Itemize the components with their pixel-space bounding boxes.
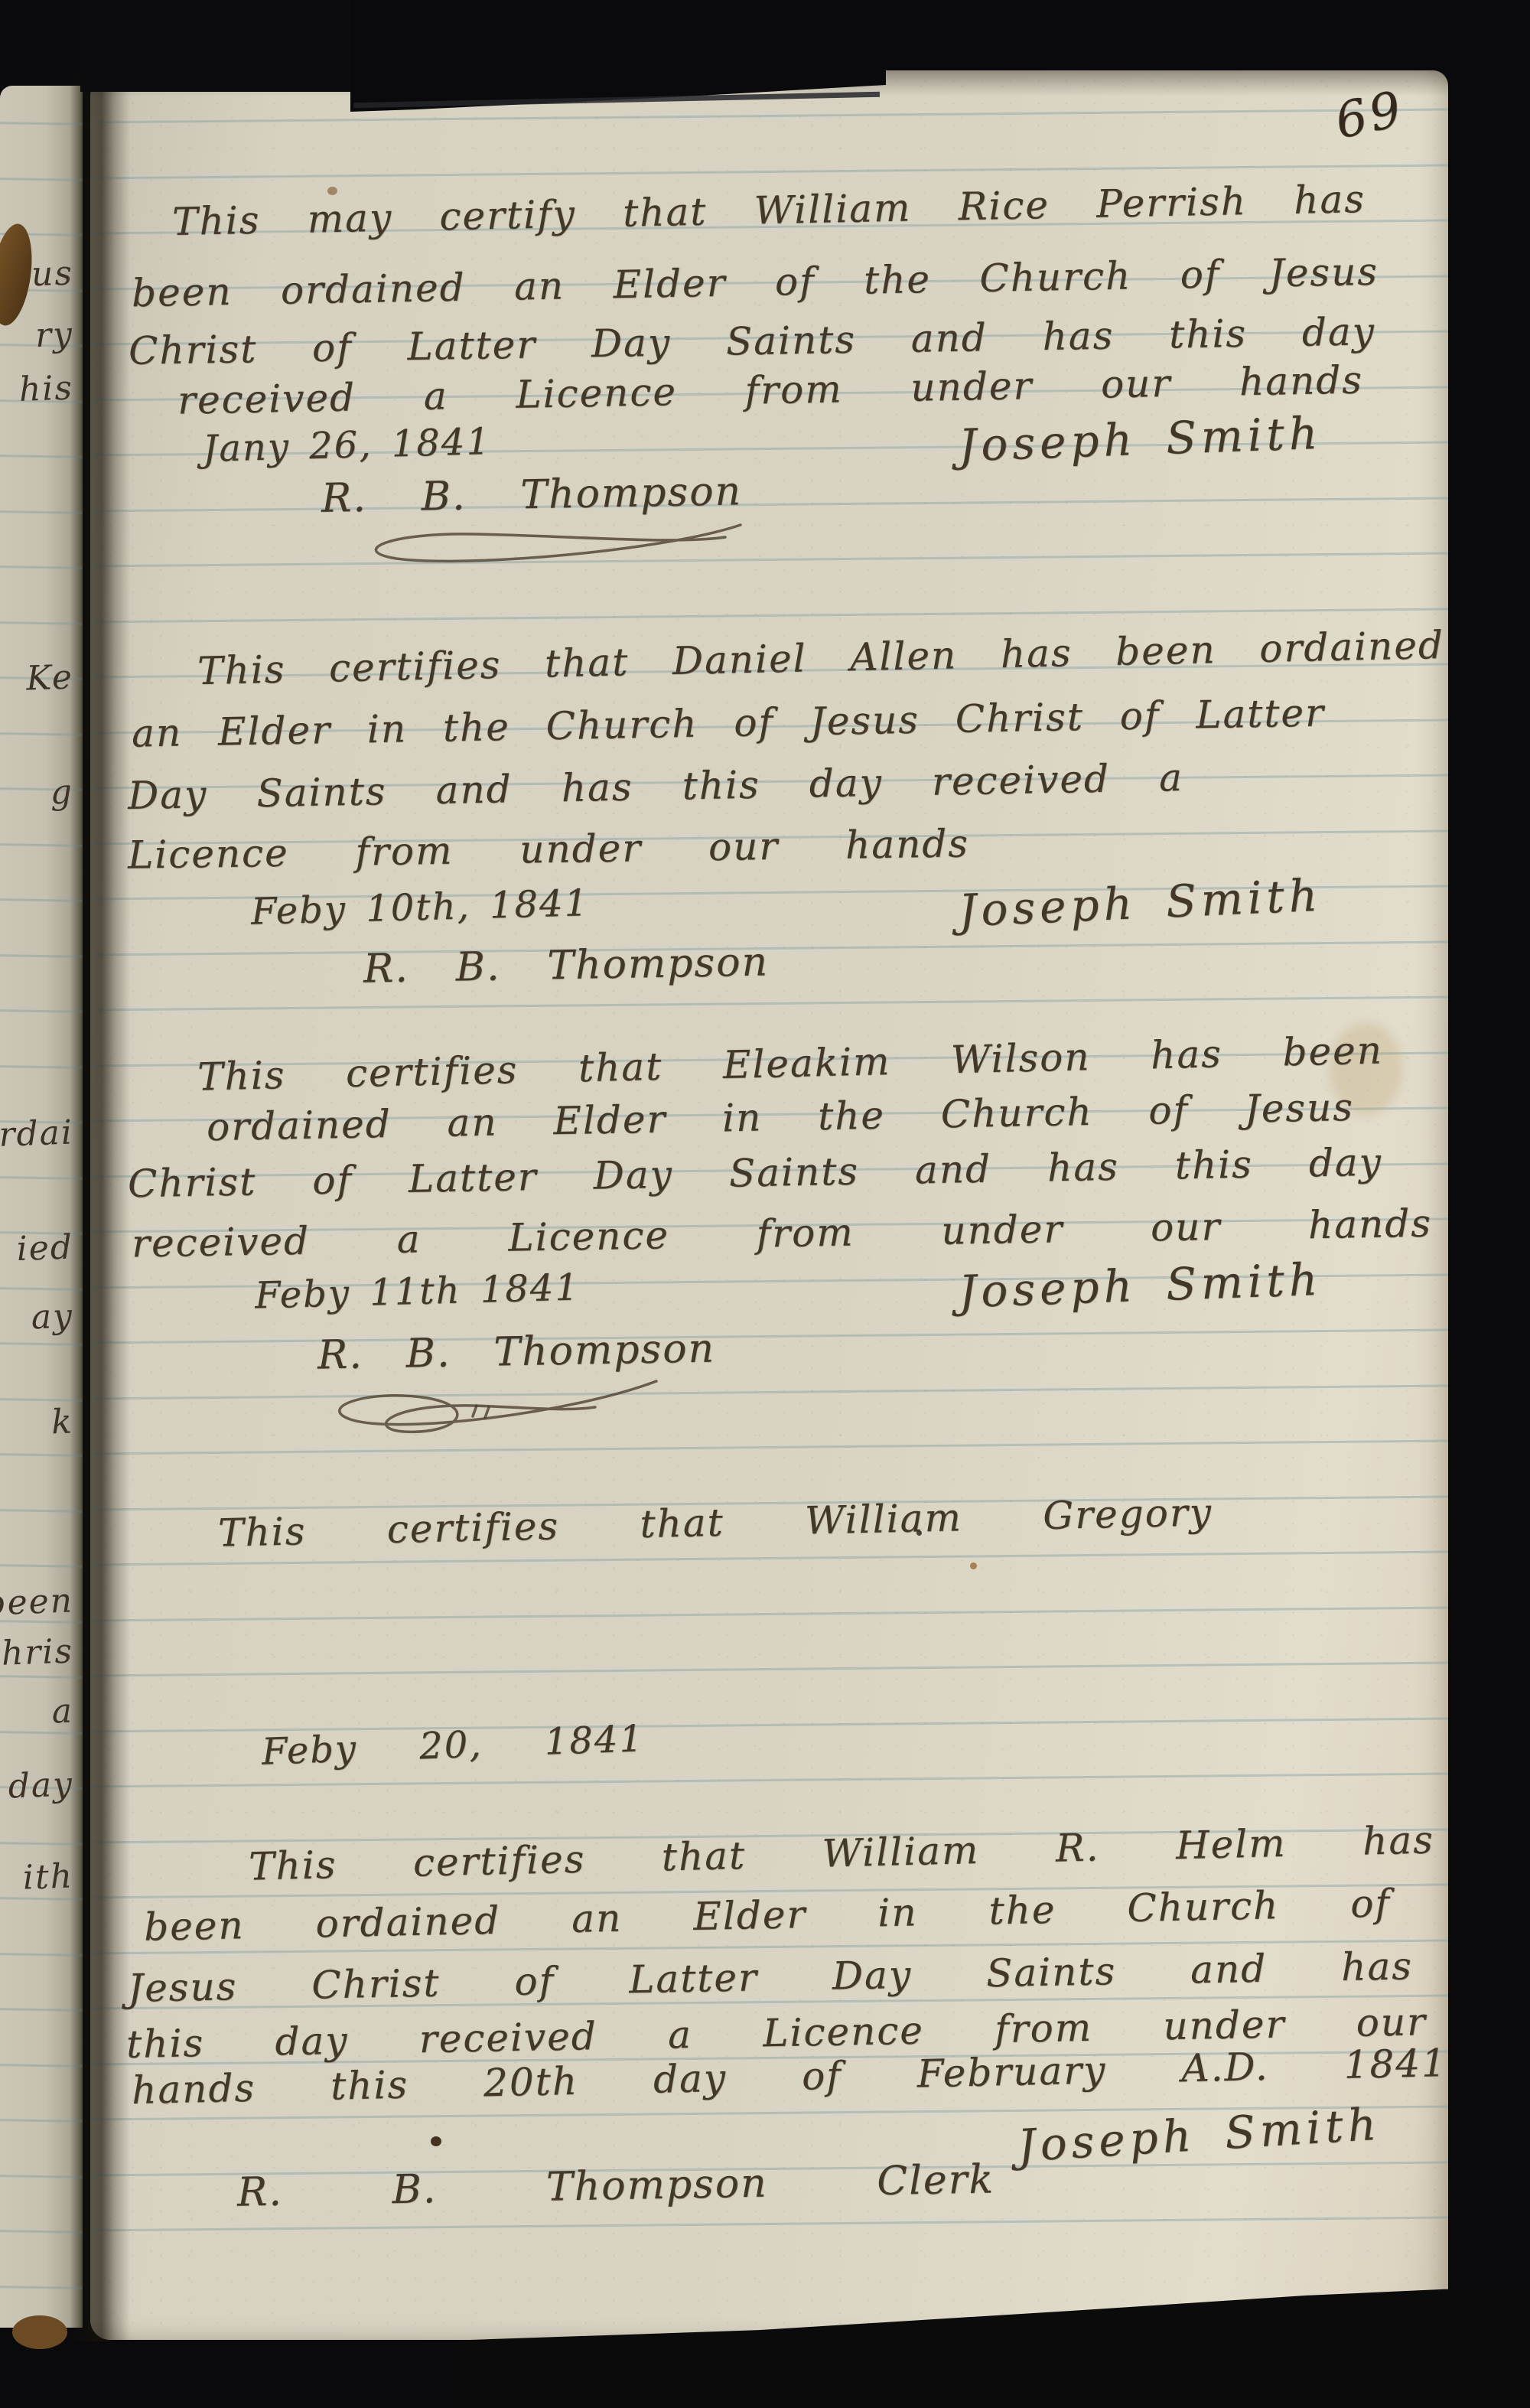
ruled-line bbox=[90, 552, 1448, 567]
margin-fragment: been bbox=[0, 1582, 74, 1626]
entry-1-line: This may certify that William Rice Perri… bbox=[172, 178, 1366, 243]
entry-5-clerk-signature: R. B. Thompson Clerk bbox=[237, 2157, 995, 2215]
signature-flourish bbox=[297, 1367, 672, 1448]
ruled-line bbox=[90, 108, 1448, 123]
entry-1-clerk-signature: R. B. Thompson bbox=[321, 469, 743, 521]
black-cloth-left bbox=[80, 0, 363, 92]
ruled-line bbox=[0, 842, 83, 846]
ink-stain bbox=[327, 187, 337, 195]
standalone-date: Feby 20, 1841 bbox=[261, 1719, 645, 1773]
ruled-line bbox=[0, 1286, 83, 1290]
entry-2-line: Licence from under our hands bbox=[128, 822, 970, 876]
margin-fragment: rdai bbox=[0, 1113, 74, 1158]
entry-2-line: Day Saints and has this day received a bbox=[128, 756, 1184, 817]
entry-5-line: This certifies that William R. Helm has bbox=[249, 1818, 1435, 1888]
ruled-line bbox=[0, 732, 83, 735]
ruled-line bbox=[0, 1564, 83, 1568]
ruled-line bbox=[0, 177, 83, 181]
entry-3-date: Feby 11th 1841 bbox=[254, 1267, 580, 1317]
ruled-line bbox=[90, 1384, 1448, 1400]
margin-fragment: ith bbox=[0, 1857, 74, 1901]
entry-2-signature-joseph-smith: Joseph Smith bbox=[958, 871, 1323, 937]
page-number: 69 bbox=[1331, 82, 1409, 150]
ruled-line bbox=[0, 510, 83, 513]
ruled-line bbox=[90, 608, 1448, 623]
ruled-line bbox=[90, 2216, 1448, 2231]
margin-fragment: k bbox=[0, 1403, 74, 1447]
margin-fragment: ied bbox=[0, 1228, 74, 1272]
ruled-line bbox=[0, 953, 83, 957]
ruled-line bbox=[0, 1453, 83, 1457]
margin-fragment: ay bbox=[0, 1297, 74, 1341]
ruled-line bbox=[90, 1772, 1448, 1787]
entry-2-line: This certifies that Daniel Allen has bee… bbox=[197, 624, 1445, 692]
record-book-page: 69 This may certify that William Rice Pe… bbox=[90, 70, 1448, 2340]
ruled-line bbox=[0, 1841, 83, 1845]
entry-1-signature-joseph-smith: Joseph Smith bbox=[958, 409, 1323, 471]
entry-5-line: Jesus Christ of Latter Day Saints and ha… bbox=[128, 1944, 1414, 2009]
entry-2-date: Feby 10th, 1841 bbox=[250, 883, 589, 933]
entry-2-line: an Elder in the Church of Jesus Christ o… bbox=[132, 691, 1326, 754]
margin-fragment: his bbox=[0, 369, 74, 413]
ruled-line bbox=[0, 1009, 83, 1013]
ruled-line bbox=[0, 2063, 83, 2067]
ruled-line bbox=[0, 2174, 83, 2178]
ruled-line bbox=[0, 1064, 83, 1068]
ink-stain bbox=[970, 1562, 977, 1569]
binding-edge bbox=[12, 2315, 67, 2349]
margin-fragment: a bbox=[0, 1692, 74, 1736]
ruled-line bbox=[90, 940, 1448, 956]
signature-flourish bbox=[343, 514, 756, 575]
ruled-line bbox=[0, 455, 83, 458]
margin-fragment: th day bbox=[0, 1765, 74, 1810]
ruled-line bbox=[90, 1606, 1448, 1621]
ruled-line bbox=[0, 2285, 83, 2289]
ruled-line bbox=[0, 1952, 83, 1956]
margin-fragment: Chris bbox=[0, 1632, 74, 1676]
entry-3-signature-joseph-smith: Joseph Smith bbox=[958, 1255, 1323, 1317]
entry-2-clerk-signature: R. B. Thompson bbox=[363, 940, 770, 991]
entry-3-line: Christ of Latter Day Saints and has this… bbox=[128, 1141, 1383, 1206]
ruled-line bbox=[90, 1439, 1448, 1455]
margin-fragment: g bbox=[0, 773, 74, 817]
ruled-line bbox=[0, 122, 83, 125]
ruled-line bbox=[90, 497, 1448, 512]
entry-1-line: been ordained an Elder of the Church of … bbox=[132, 250, 1379, 314]
ruled-line bbox=[0, 1175, 83, 1179]
ruled-line bbox=[90, 1661, 1448, 1676]
facing-page-edge: usryhisKegrdaiiedaykbeenChrisath dayith bbox=[0, 86, 83, 2328]
ruled-line bbox=[0, 898, 83, 902]
entry-3-line: ordained an Elder in the Church of Jesus bbox=[207, 1086, 1355, 1149]
ruled-line bbox=[90, 164, 1448, 179]
ruled-line bbox=[0, 1508, 83, 1512]
ruled-line bbox=[0, 565, 83, 569]
entry-1-date: Jany 26, 1841 bbox=[202, 422, 491, 471]
ruled-line bbox=[90, 1328, 1448, 1344]
ink-stain bbox=[431, 2136, 441, 2146]
entry-4-line: This certifies that William Gregory bbox=[218, 1491, 1213, 1554]
ruled-line bbox=[0, 621, 83, 624]
ruled-line bbox=[0, 1397, 83, 1401]
ruled-line bbox=[0, 2119, 83, 2123]
photographed-record-book: usryhisKegrdaiiedaykbeenChrisath dayith … bbox=[0, 0, 1530, 2408]
ruled-line bbox=[0, 1342, 83, 1346]
margin-fragment: Ke bbox=[0, 658, 74, 702]
ruled-line bbox=[90, 995, 1448, 1011]
ruled-line bbox=[0, 2008, 83, 2012]
ruled-line bbox=[0, 2230, 83, 2234]
ruled-line bbox=[0, 1675, 83, 1679]
